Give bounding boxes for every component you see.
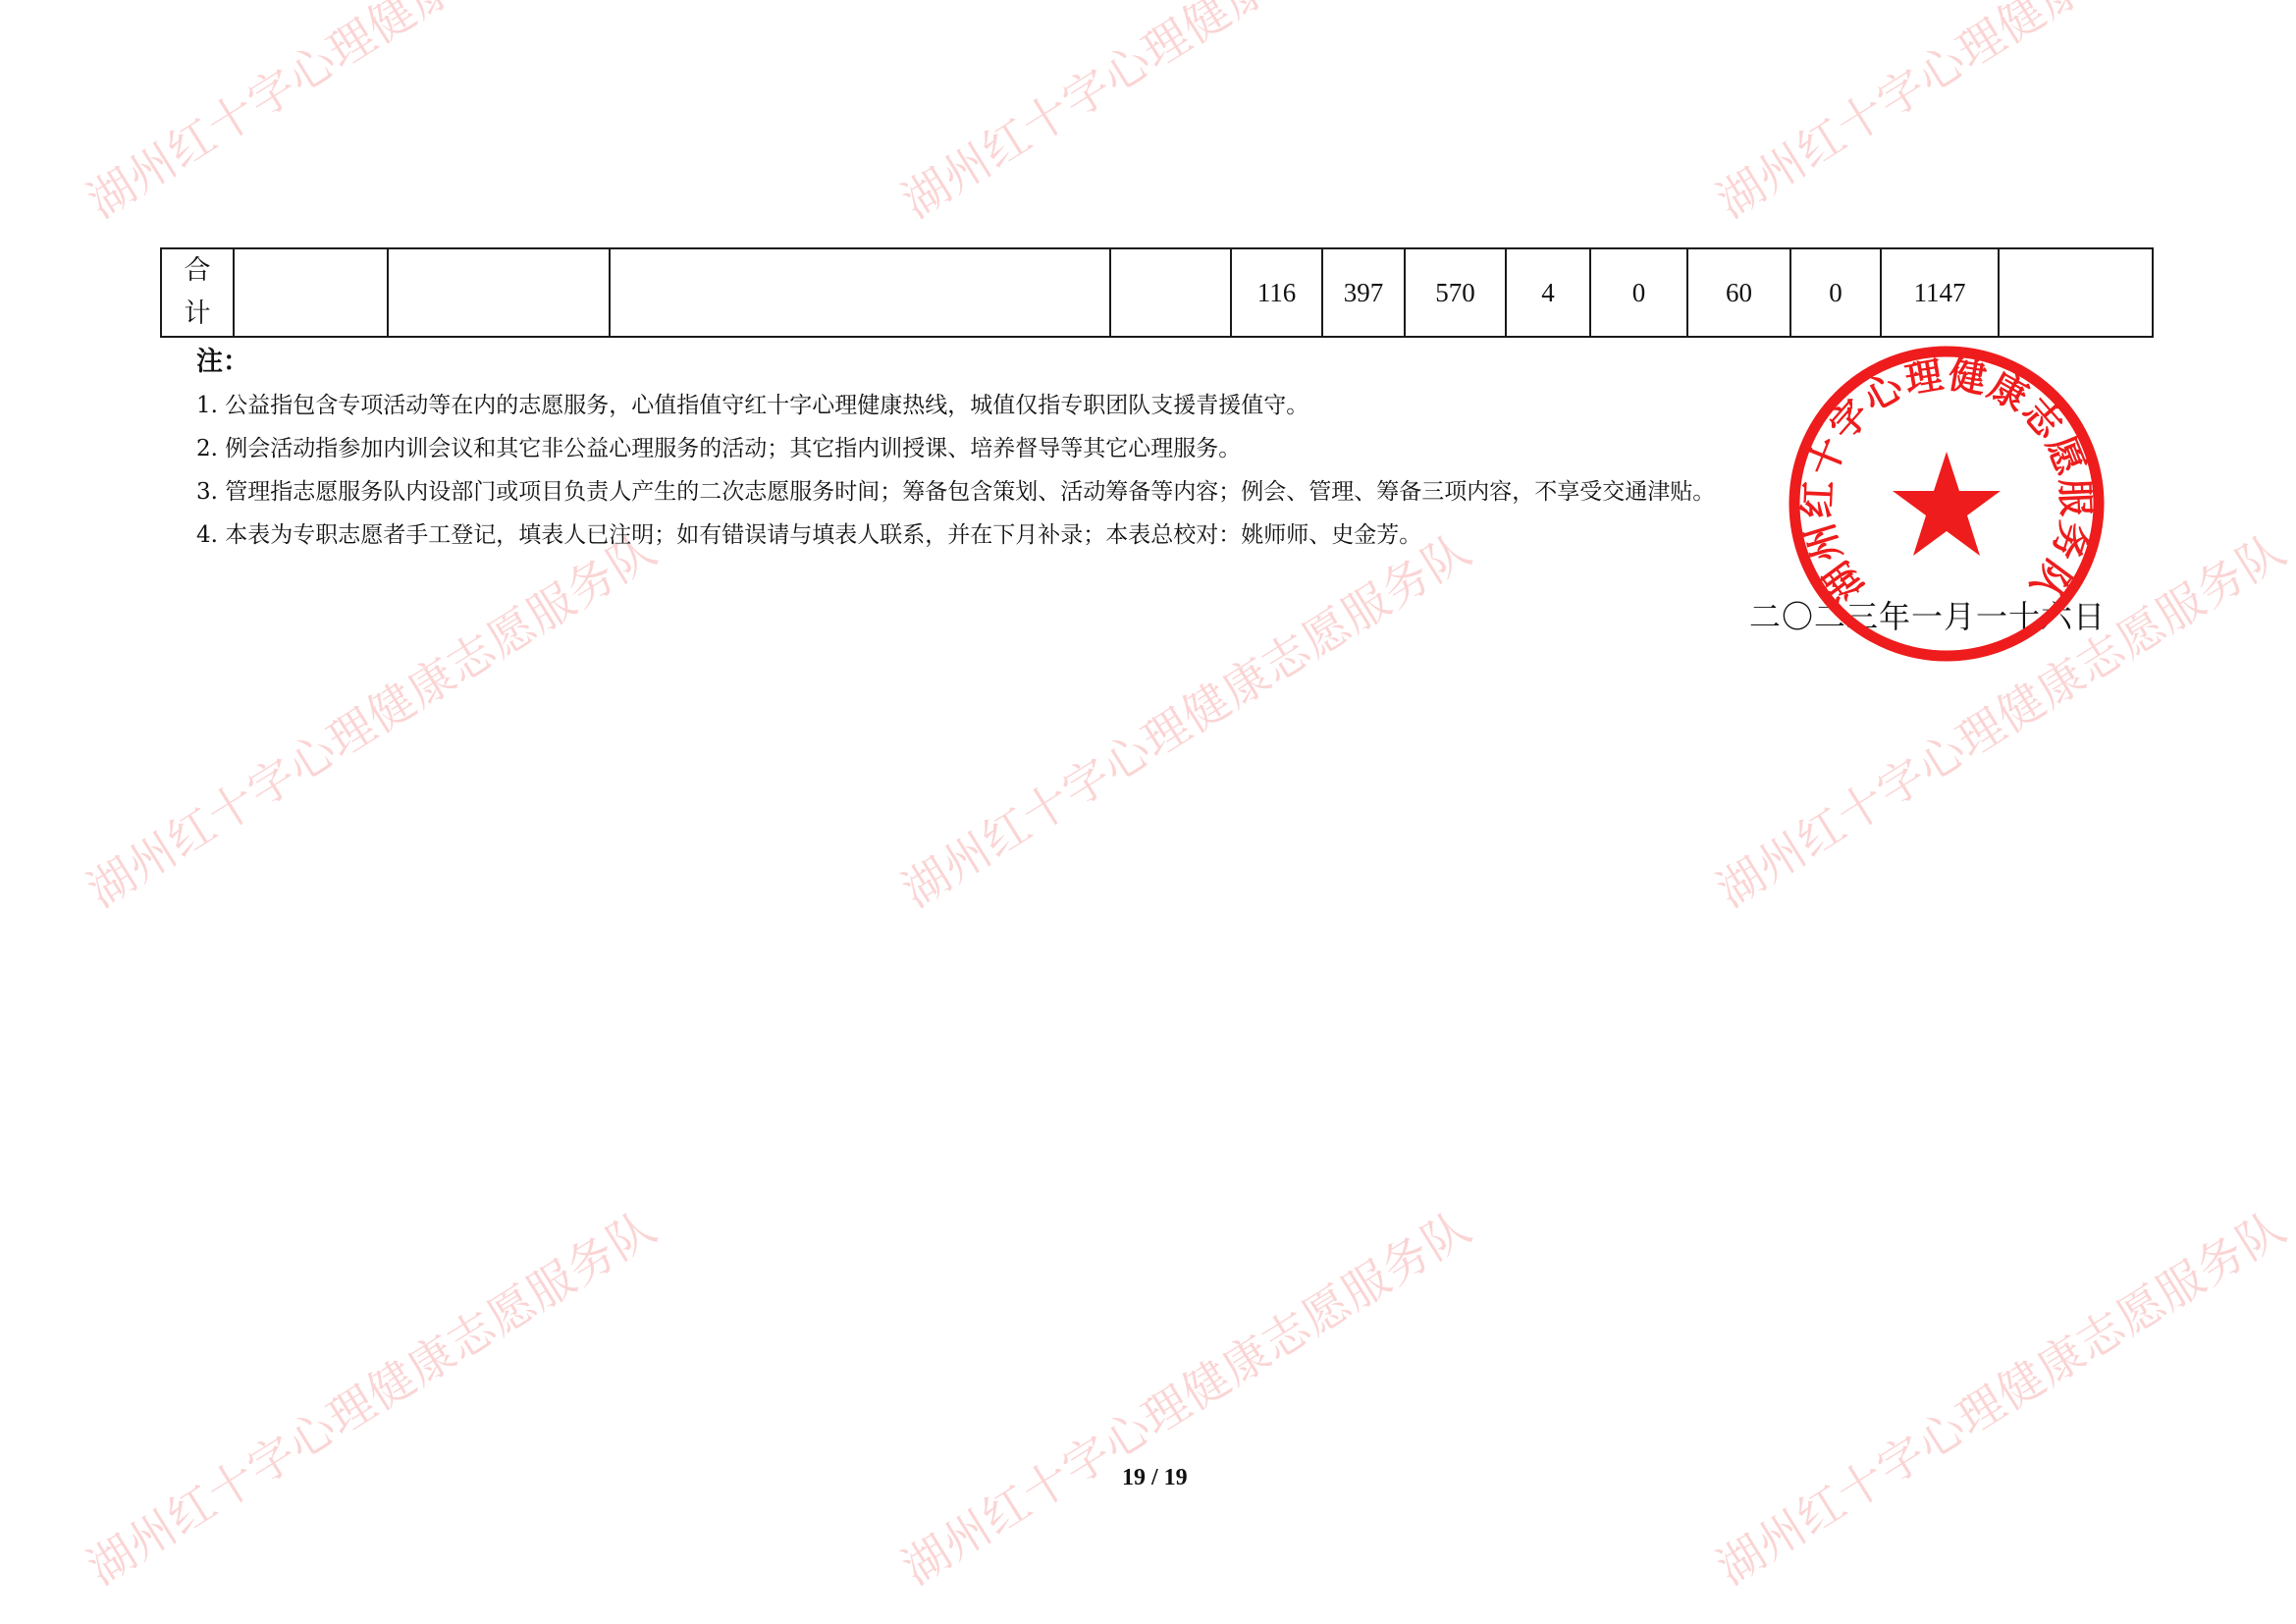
watermark-text: 湖州红十字心理健康志愿服务队 xyxy=(73,1192,667,1597)
table-cell xyxy=(388,248,610,337)
total-label-cell: 合 计 xyxy=(161,248,234,337)
watermark-text: 湖州红十字心理健康志愿服务队 xyxy=(73,0,667,231)
table-cell: 4 xyxy=(1506,248,1590,337)
watermark-text: 湖州红十字心理健康志愿服务队 xyxy=(1702,1192,2296,1597)
table-cell: 60 xyxy=(1687,248,1790,337)
table-cell: 1147 xyxy=(1881,248,1999,337)
totals-table: 合 计 116 397 570 4 0 60 0 1147 xyxy=(160,247,2154,338)
table-cell: 116 xyxy=(1231,248,1322,337)
total-label-char-1: 合 xyxy=(162,249,233,293)
note-item-3: 3. 管理指志愿服务队内设部门或项目负责人产生的二次志愿服务时间；筹备包含策划、… xyxy=(196,470,1715,514)
note-item-4: 4. 本表为专职志愿者手工登记，填表人已注明；如有错误请与填表人联系，并在下月补… xyxy=(196,514,1715,557)
page-number: 19 / 19 xyxy=(1122,1465,1188,1491)
watermark-text: 湖州红十字心理健康志愿服务队 xyxy=(887,514,1481,920)
table-cell: 0 xyxy=(1790,248,1881,337)
table-cell xyxy=(1110,248,1231,337)
note-item-1: 1. 公益指包含专项活动等在内的志愿服务，心值指值守红十字心理健康热线，城值仅指… xyxy=(196,384,1715,427)
table-cell: 570 xyxy=(1405,248,1506,337)
table-cell: 397 xyxy=(1322,248,1405,337)
table-row-total: 合 计 116 397 570 4 0 60 0 1147 xyxy=(161,248,2153,337)
notes-section: 注： 1. 公益指包含专项活动等在内的志愿服务，心值指值守红十字心理健康热线，城… xyxy=(196,340,1715,557)
note-item-2: 2. 例会活动指参加内训会议和其它非公益心理服务的活动；其它指内训授课、培养督导… xyxy=(196,427,1715,470)
table-cell xyxy=(234,248,388,337)
watermark-text: 湖州红十字心理健康志愿服务队 xyxy=(73,514,667,920)
watermark-text: 湖州红十字心理健康志愿服务队 xyxy=(887,1192,1481,1597)
watermark-text: 湖州红十字心理健康志愿服务队 xyxy=(1702,0,2296,231)
notes-title: 注： xyxy=(196,340,1715,378)
table-cell: 0 xyxy=(1590,248,1687,337)
watermark-text: 湖州红十字心理健康志愿服务队 xyxy=(887,0,1481,231)
official-seal: 湖州红十字心理健康志愿服务队 xyxy=(1785,342,2109,666)
total-label-char-2: 计 xyxy=(162,293,233,336)
table-cell xyxy=(610,248,1110,337)
table-cell xyxy=(1999,248,2153,337)
star-icon xyxy=(1893,452,2001,556)
